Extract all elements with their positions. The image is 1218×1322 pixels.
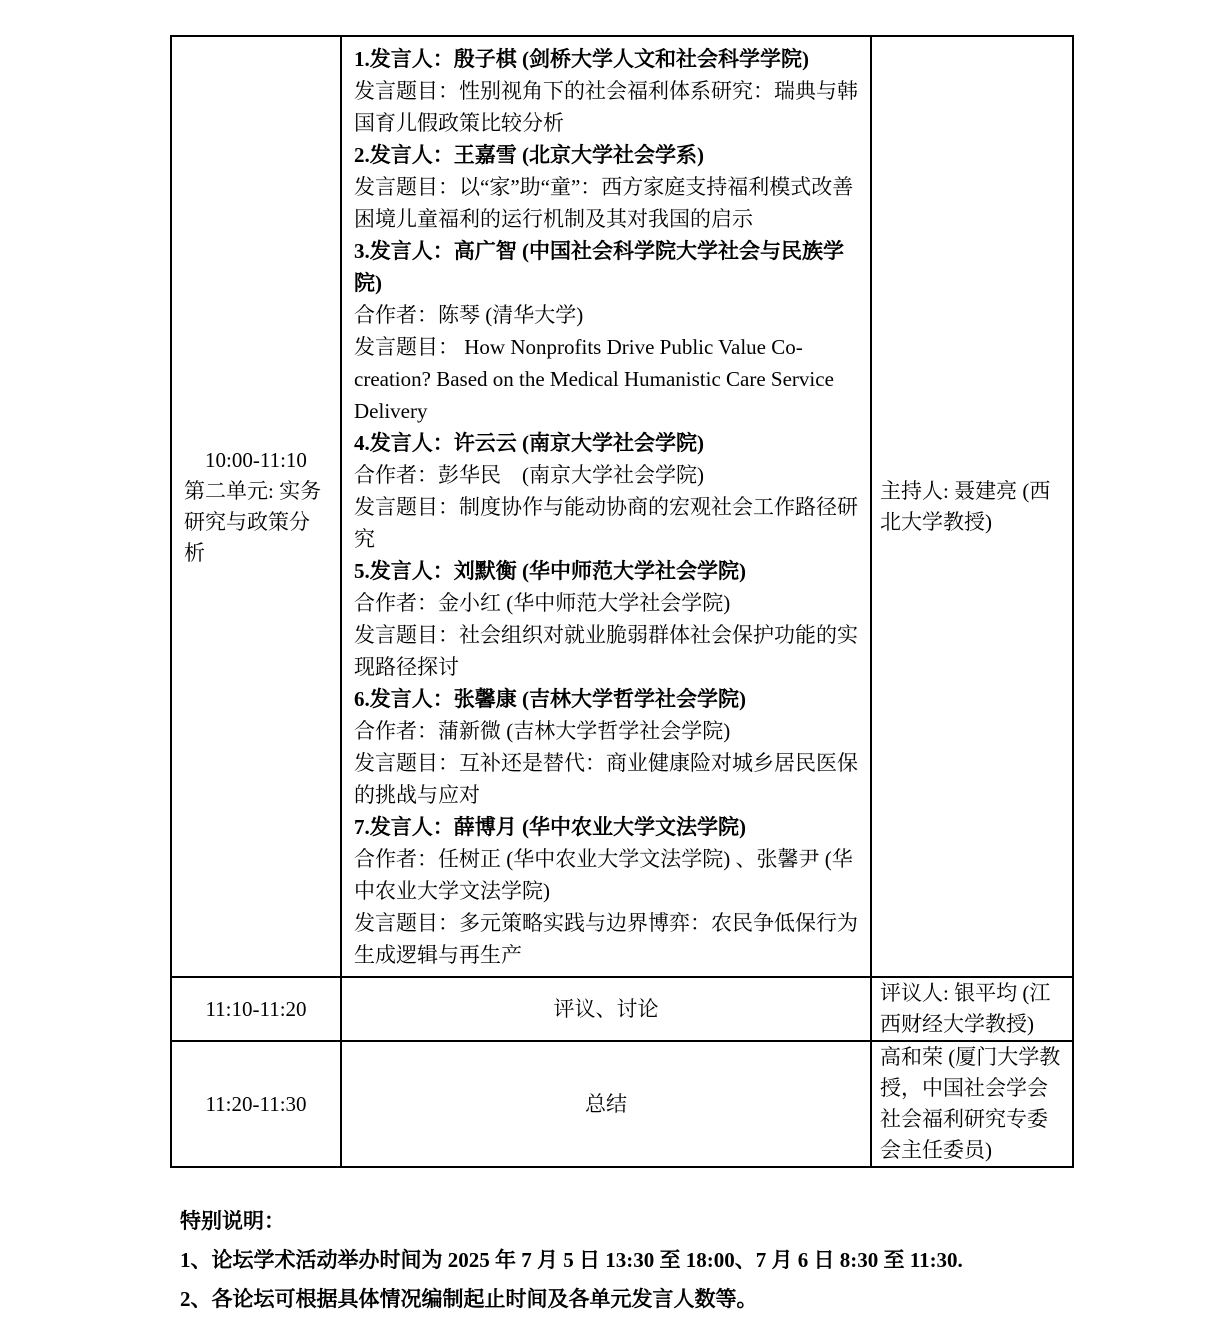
discussion-time-cell: 11:10-11:20: [171, 977, 341, 1041]
coauthor-5-line: 合作者：金小红 (华中师范大学社会学院): [354, 587, 862, 619]
topic-6-line: 发言题目：互补还是替代：商业健康险对城乡居民医保的挑战与应对: [354, 747, 862, 811]
special-notes: 特别说明： 1、论坛学术活动举办时间为 2025 年 7 月 5 日 13:30…: [180, 1202, 1140, 1319]
speaker-6-line: 6.发言人：张馨康 (吉林大学哲学社会学院): [354, 683, 862, 715]
table-row-unit2: 10:00-11:10 第二单元: 实务研究与政策分析 1.发言人：殷子棋 (剑…: [171, 36, 1073, 977]
table-row-summary: 11:20-11:30 总结 高和荣 (厦门大学教授，中国社会学会社会福利研究专…: [171, 1041, 1073, 1167]
summary-time: 11:20-11:30: [184, 1089, 328, 1120]
topic-2-line: 发言题目：以“家”助“童”：西方家庭支持福利模式改善困境儿童福利的运行机制及其对…: [354, 171, 862, 235]
table-row-discussion: 11:10-11:20 评议、讨论 评议人: 银平均 (江西财经大学教授): [171, 977, 1073, 1041]
summary-person-label: 高和荣 (厦门大学教授，中国社会学会社会福利研究专委会主任委员): [880, 1042, 1066, 1166]
discussion-time: 11:10-11:20: [184, 994, 328, 1025]
speaker-4-line: 4.发言人：许云云 (南京大学社会学院): [354, 427, 862, 459]
speaker-1-line: 1.发言人：殷子棋 (剑桥大学人文和社会科学学院): [354, 43, 862, 75]
unit2-title: 第二单元: 实务研究与政策分析: [184, 476, 328, 569]
speaker-5-line: 5.发言人：刘默衡 (华中师范大学社会学院): [354, 555, 862, 587]
discussion-commentator-cell: 评议人: 银平均 (江西财经大学教授): [871, 977, 1073, 1041]
topic-5-line: 发言题目：社会组织对就业脆弱群体社会保护功能的实现路径探讨: [354, 619, 862, 683]
document-page: 10:00-11:10 第二单元: 实务研究与政策分析 1.发言人：殷子棋 (剑…: [0, 0, 1218, 1322]
unit2-time: 10:00-11:10: [184, 445, 328, 476]
coauthor-4-line: 合作者：彭华民 (南京大学社会学院): [354, 459, 862, 491]
unit2-content-cell: 1.发言人：殷子棋 (剑桥大学人文和社会科学学院) 发言题目：性别视角下的社会福…: [341, 36, 871, 977]
unit2-host-cell: 主持人: 聂建亮 (西北大学教授): [871, 36, 1073, 977]
summary-person-cell: 高和荣 (厦门大学教授，中国社会学会社会福利研究专委会主任委员): [871, 1041, 1073, 1167]
coauthor-3-line: 合作者：陈琴 (清华大学): [354, 299, 862, 331]
discussion-content-cell: 评议、讨论: [341, 977, 871, 1041]
note-item-1: 1、论坛学术活动举办时间为 2025 年 7 月 5 日 13:30 至 18:…: [180, 1241, 1140, 1280]
notes-heading: 特别说明：: [180, 1202, 1140, 1241]
coauthor-6-line: 合作者：蒲新微 (吉林大学哲学社会学院): [354, 715, 862, 747]
coauthor-7-line: 合作者：任树正 (华中农业大学文法学院) 、张馨尹 (华中农业大学文法学院): [354, 843, 862, 907]
commentator-label: 评议人: 银平均 (江西财经大学教授): [880, 978, 1066, 1040]
summary-content-cell: 总结: [341, 1041, 871, 1167]
note-item-2: 2、各论坛可根据具体情况编制起止时间及各单元发言人数等。: [180, 1280, 1140, 1319]
summary-time-cell: 11:20-11:30: [171, 1041, 341, 1167]
speaker-3-line: 3.发言人：高广智 (中国社会科学院大学社会与民族学院): [354, 235, 862, 299]
topic-7-line: 发言题目：多元策略实践与边界博弈：农民争低保行为生成逻辑与再生产: [354, 907, 862, 971]
topic-3-line: 发言题目： How Nonprofits Drive Public Value …: [354, 331, 862, 427]
speaker-7-line: 7.发言人：薛博月 (华中农业大学文法学院): [354, 811, 862, 843]
topic-4-line: 发言题目：制度协作与能动协商的宏观社会工作路径研究: [354, 491, 862, 555]
agenda-table: 10:00-11:10 第二单元: 实务研究与政策分析 1.发言人：殷子棋 (剑…: [170, 35, 1074, 1168]
host-label: 主持人: 聂建亮 (西北大学教授): [880, 476, 1066, 538]
unit2-time-cell: 10:00-11:10 第二单元: 实务研究与政策分析: [171, 36, 341, 977]
topic-1-line: 发言题目：性别视角下的社会福利体系研究：瑞典与韩国育儿假政策比较分析: [354, 75, 862, 139]
speaker-2-line: 2.发言人：王嘉雪 (北京大学社会学系): [354, 139, 862, 171]
